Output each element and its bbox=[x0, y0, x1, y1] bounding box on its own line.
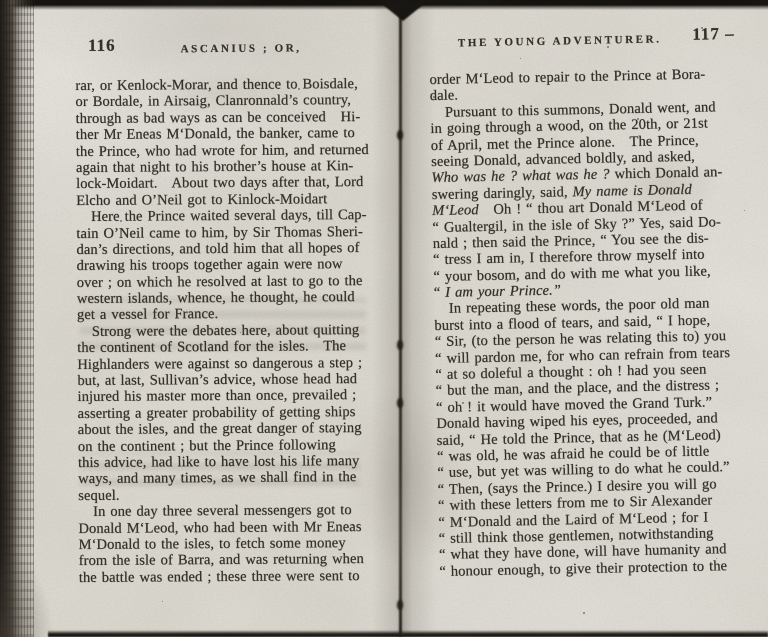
left-page: 116 ASCANIUS ; OR, rar, or Kenlock-Morar… bbox=[75, 32, 381, 586]
scan-edge-bottom bbox=[48, 630, 768, 637]
book-gutter bbox=[399, 0, 402, 637]
text-line: or Bordale, in Airsaig, Clanronnald’s co… bbox=[75, 92, 377, 110]
text-line: about the isles, and the great danger of… bbox=[78, 420, 380, 438]
left-page-text: rar, or Kenlock-Morar, and thence to Boi… bbox=[75, 76, 381, 586]
text-line: the battle was ended ; these three were … bbox=[79, 568, 381, 586]
text-line: western islands, whence, he thought, he … bbox=[77, 289, 379, 307]
text-line: injured his master more than once, preva… bbox=[77, 387, 379, 405]
text-line: ways, and many times, as we shall find i… bbox=[78, 469, 380, 487]
text-line: ther Mr Eneas M‘Donald, the banker, came… bbox=[76, 125, 378, 143]
scan-edge-left bbox=[0, 0, 34, 637]
text-line: Here the Prince waited several days, til… bbox=[76, 207, 378, 225]
text-line: drawing his troops together again were n… bbox=[77, 256, 379, 274]
right-page-text: order M‘Leod to repair to the Prince at … bbox=[429, 66, 747, 580]
text-line: from the isle of Barra, and was returnin… bbox=[79, 551, 381, 569]
text-line: tain O’Neil came to him, by Sir Thomas S… bbox=[76, 223, 378, 241]
right-page: THE YOUNG ADVENTURER. 117 – order M‘Leod… bbox=[428, 24, 747, 580]
text-line: In one day three several messengers got … bbox=[78, 502, 380, 520]
corner-shadow bbox=[0, 547, 52, 637]
gutter-mark bbox=[397, 130, 403, 140]
right-page-number: 117 – bbox=[692, 24, 735, 45]
left-running-header: ASCANIUS ; OR, bbox=[105, 42, 377, 56]
text-line: Donald M‘Leod, who had been with Mr Enea… bbox=[78, 518, 380, 536]
left-page-header: 116 ASCANIUS ; OR, bbox=[75, 32, 377, 78]
binding-notch bbox=[382, 4, 424, 21]
text-line: the continent of Scotland for the isles.… bbox=[77, 338, 379, 356]
right-running-header: THE YOUNG ADVENTURER. bbox=[429, 33, 691, 50]
gutter-mark bbox=[397, 340, 403, 350]
text-line: the Prince, who had wrote for him, and r… bbox=[76, 141, 378, 159]
gutter-mark bbox=[397, 600, 403, 610]
gutter-mark bbox=[397, 398, 403, 408]
text-line: lock-Moidart. About two days after that,… bbox=[76, 174, 378, 192]
